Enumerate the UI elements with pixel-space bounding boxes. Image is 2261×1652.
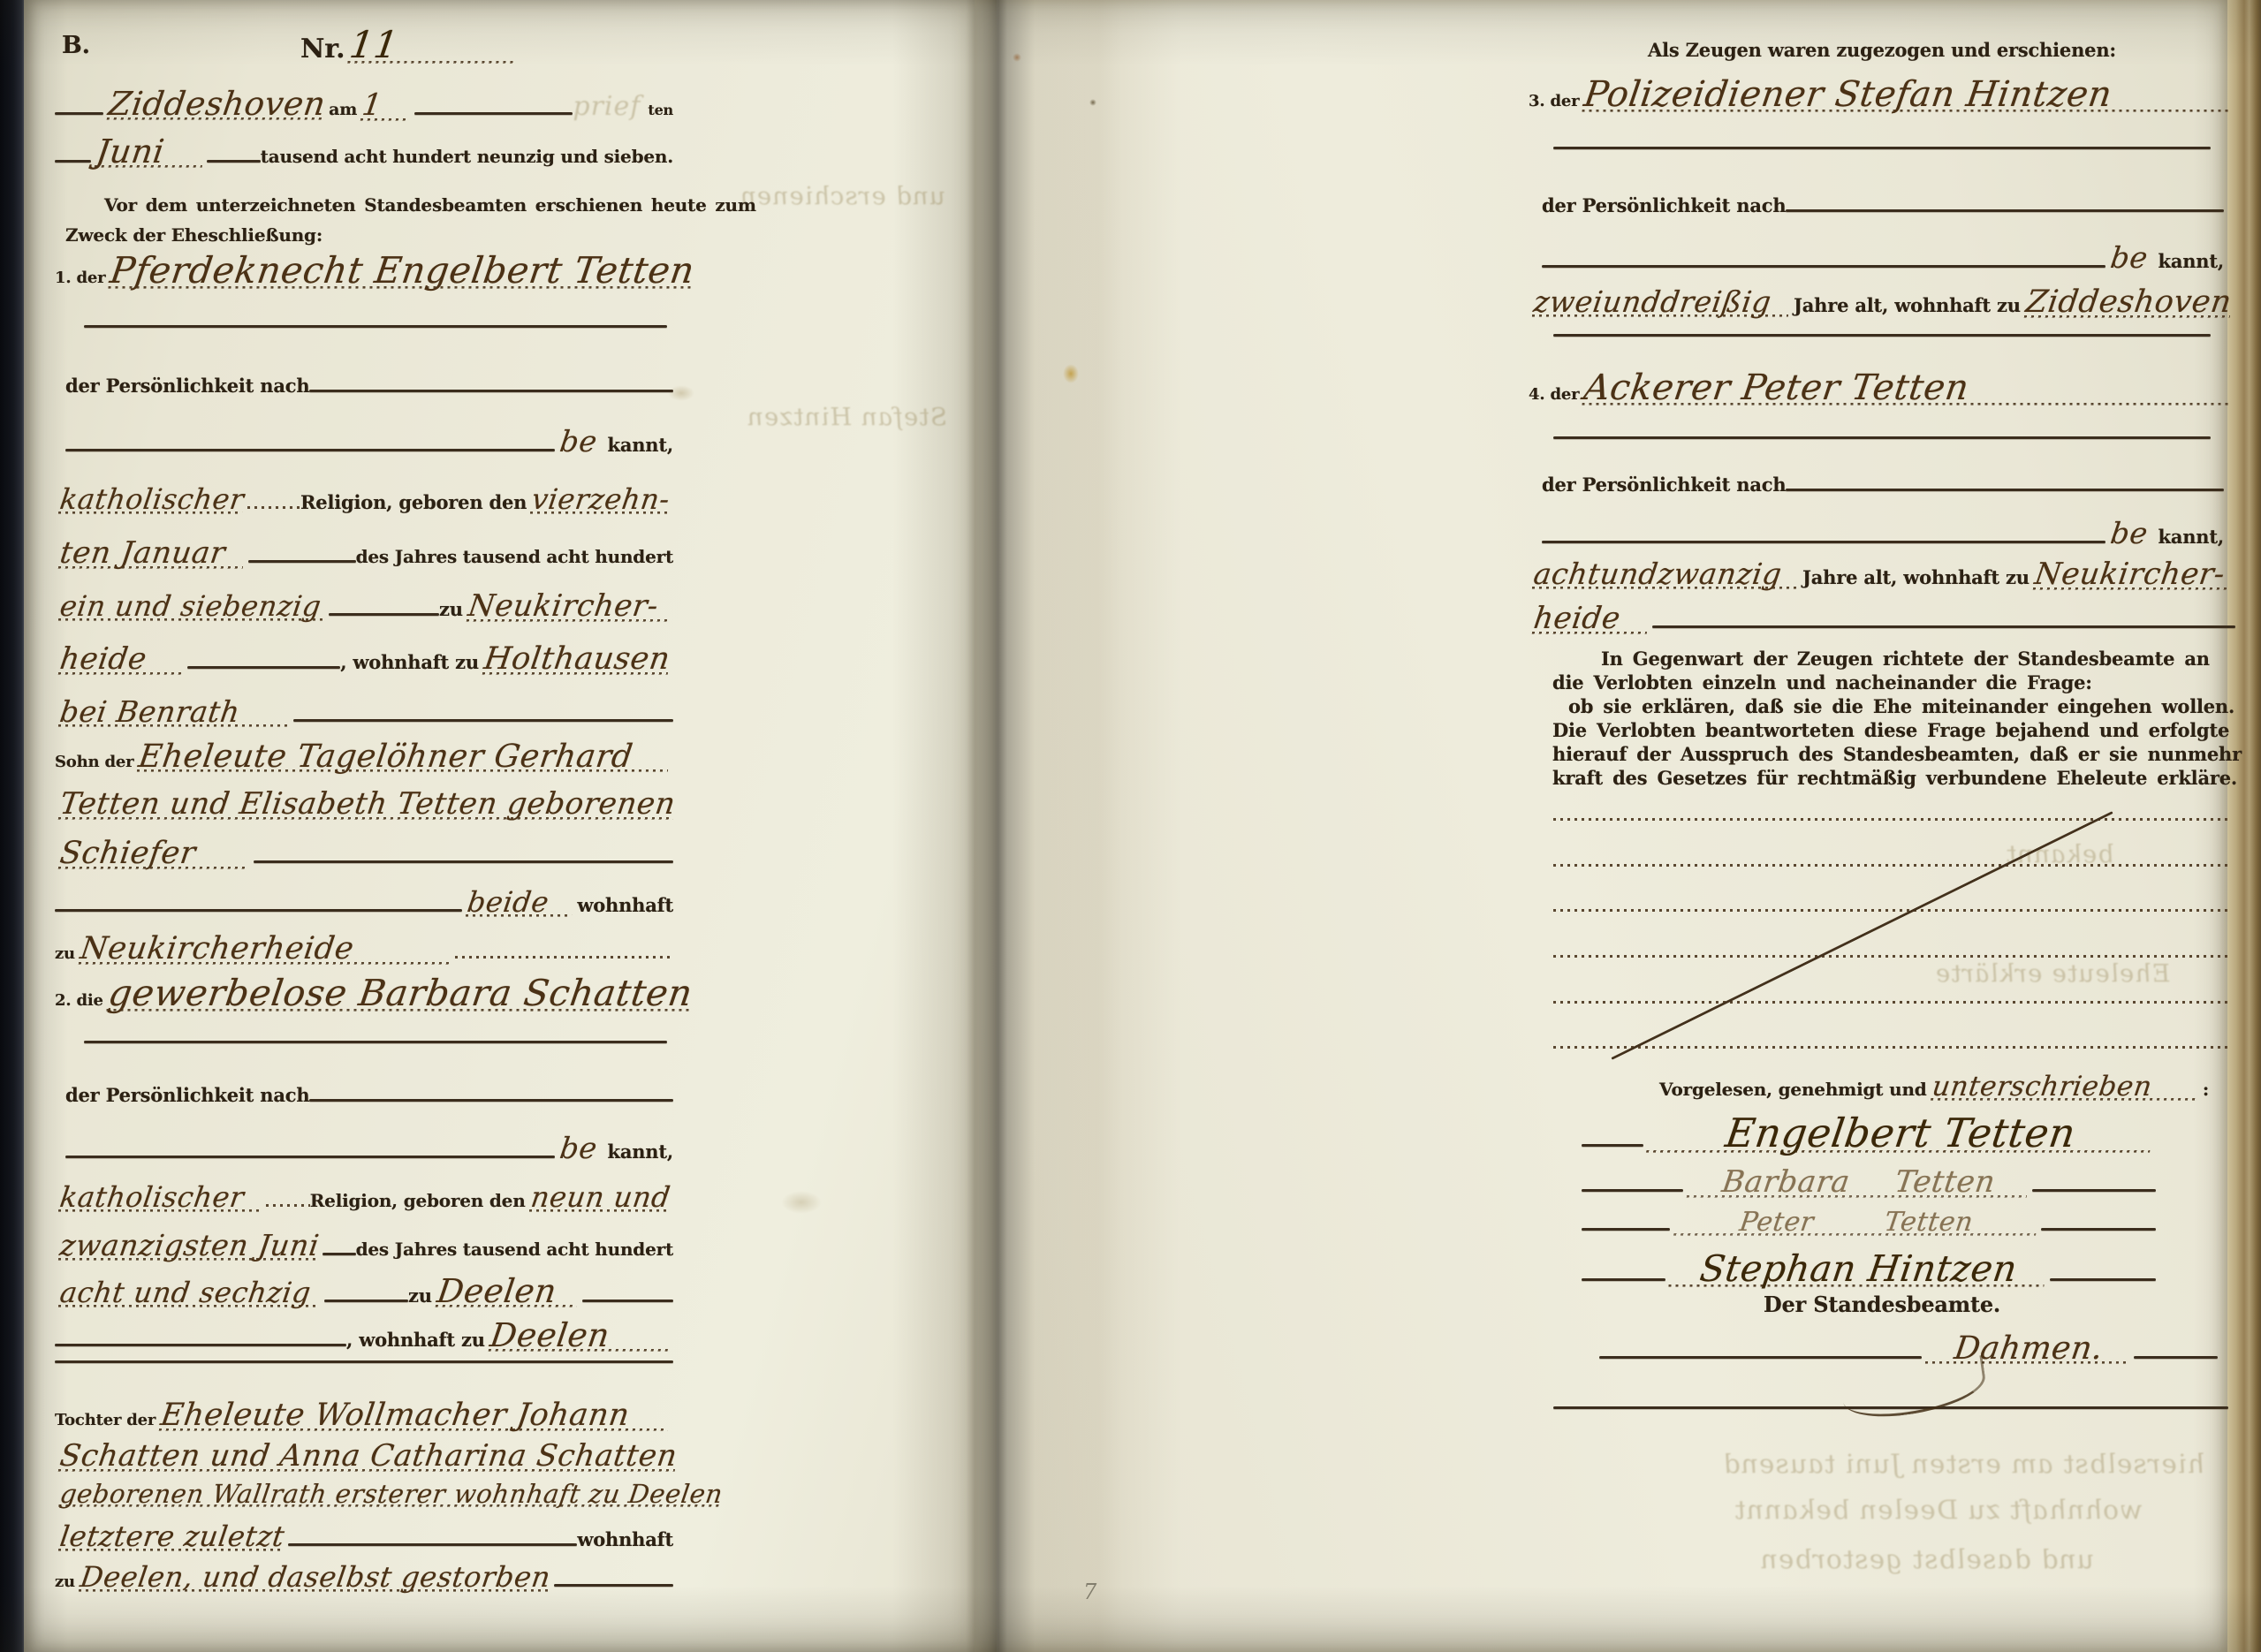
- handwritten-text: zweiunddreißig: [1531, 284, 1793, 321]
- handwritten-text: Schiefer: [57, 836, 253, 873]
- rule-line-solid: [254, 860, 673, 863]
- rule-line-solid: [414, 112, 573, 115]
- form-line: Sohn derEheleute Tagelöhner Gerhard: [55, 739, 673, 777]
- rule-line-solid: [1582, 1144, 1643, 1147]
- print-text: Nr.: [300, 34, 345, 64]
- form-line: beidewohnhaft: [55, 885, 673, 921]
- rule-line-solid: [1542, 541, 2105, 543]
- print-text: der Persönlichkeit nach: [1542, 474, 1786, 496]
- print-text: ob sie erklären, daß sie die Ehe miteina…: [1568, 695, 2234, 717]
- form-line: der Persönlichkeit nach: [65, 1084, 673, 1106]
- form-line: zweiunddreißigJahre alt, wohnhaft zuZidd…: [1529, 284, 2235, 322]
- handwritten-text: 1: [360, 87, 414, 125]
- form-line: Stephan Hintzen: [1582, 1247, 2156, 1292]
- print-text: Die Verlobten beantworteten diese Frage …: [1552, 719, 2229, 741]
- form-line: Der Standesbeamte.: [1573, 1292, 2191, 1317]
- rule-line-solid: [1553, 147, 2211, 149]
- form-line: der Persönlichkeit nach: [65, 375, 673, 397]
- print-text: ten: [648, 102, 673, 118]
- rule-line-solid: [324, 1300, 408, 1302]
- rule-line-solid: [65, 449, 555, 451]
- form-line: letztere zuletztwohnhaft: [55, 1519, 673, 1555]
- form-line: [1553, 436, 2211, 439]
- rule-line-solid: [288, 1543, 577, 1546]
- print-text: Sohn der: [55, 753, 133, 771]
- handwritten-text: neun und: [528, 1180, 672, 1216]
- handwritten-text: Deelen, und daselbst gestorben: [78, 1560, 553, 1595]
- rule-line-solid: [554, 1584, 673, 1587]
- form-line: Nr.11: [300, 23, 521, 68]
- form-line: ten Januardes Jahres tausend acht hunder…: [55, 535, 673, 572]
- handwritten-text: Ziddeshoven: [2023, 284, 2234, 322]
- handwritten-text: achtundzwanzig: [1531, 557, 1802, 593]
- form-line: heide, wohnhaft zuHolthausen: [55, 641, 673, 678]
- print-text: zu: [55, 1572, 75, 1591]
- print-text: des Jahres tausend acht hundert: [356, 546, 673, 567]
- rule-line-solid: [309, 390, 673, 392]
- handwritten-text: Polizeidiener Stefan Hintzen: [1582, 74, 2234, 117]
- rule-line-solid: [582, 1300, 673, 1302]
- form-line: bekannt,: [1542, 516, 2224, 550]
- handwritten-text: unterschrieben: [1930, 1071, 2202, 1104]
- handwritten-text: gewerbelose Barbara Schatten: [105, 972, 694, 1016]
- form-line: Junitausend acht hundert neunzig und sie…: [55, 133, 673, 172]
- bleed-through-text: prief: [573, 91, 641, 122]
- print-text: Jahre alt, wohnhaft zu: [1802, 566, 2030, 588]
- print-text: tausend acht hundert neunzig und sieben.: [261, 146, 673, 167]
- handwritten-text: be: [558, 1131, 599, 1165]
- rule-line-solid: [55, 1360, 673, 1363]
- handwritten-text: Deelen: [488, 1316, 673, 1356]
- rule-line-solid: [1553, 334, 2211, 337]
- print-text: die Verlobten einzeln und nacheinander d…: [1552, 671, 2092, 693]
- print-text: Vor dem unterzeichneten Standesbeamten e…: [104, 194, 756, 216]
- bleed-through-text: und daselbst gestorben: [1615, 1544, 2097, 1575]
- form-line: Tochter derEheleute Wollmacher Johann: [55, 1398, 673, 1435]
- rule-line-solid: [1652, 625, 2235, 628]
- form-line: 3. derPolizeidiener Stefan Hintzen: [1529, 74, 2235, 117]
- handwritten-text: Holthausen: [482, 641, 672, 678]
- rule-line-dotted: [1553, 864, 2228, 867]
- rule-line-dotted: [247, 506, 300, 509]
- print-text: Vorgelesen, genehmigt und: [1659, 1079, 1927, 1100]
- bleed-through-text: hierselbst am ersten Juni tausend: [1584, 1449, 2207, 1480]
- print-text: Tochter der: [55, 1411, 156, 1429]
- form-line: [55, 1360, 673, 1363]
- print-text: In Gegenwart der Zeugen richtete der Sta…: [1601, 648, 2210, 670]
- rule-line-solid: [55, 1344, 346, 1346]
- page-stack-edge: [2227, 0, 2261, 1652]
- print-text: B.: [62, 32, 90, 59]
- rule-line-solid: [55, 112, 103, 115]
- print-text: des Jahres tausend acht hundert: [356, 1239, 673, 1260]
- handwritten-text: heide: [1531, 601, 1651, 638]
- print-text: 4. der: [1529, 385, 1579, 404]
- form-line: Stefan Hintzen: [700, 402, 947, 431]
- form-line: Tetten und Elisabeth Tetten geborenen: [55, 786, 673, 823]
- print-text: wohnhaft: [577, 1528, 673, 1550]
- handwritten-text: heide: [57, 641, 186, 678]
- register-book-photo: und erschienenStefan HintzenbekanntEhele…: [0, 0, 2261, 1652]
- signature-text: Stephan Hintzen: [1667, 1247, 2049, 1292]
- rule-line-solid: [2134, 1356, 2218, 1359]
- form-line: der Persönlichkeit nach: [1542, 474, 2224, 496]
- rule-line-dotted: [1553, 955, 2228, 958]
- handwritten-text: Schatten und Anna Catharina Schatten: [57, 1438, 679, 1475]
- form-line: bekannt,: [1542, 240, 2224, 275]
- print-text: Religion, geboren den: [310, 1190, 526, 1211]
- print-text: kannt,: [2158, 526, 2224, 548]
- form-line: Barbara Tetten: [1582, 1164, 2156, 1201]
- book-cover-edge: [0, 0, 24, 1652]
- rule-line-solid: [1599, 1356, 1922, 1359]
- print-text: Der Standesbeamte.: [1764, 1292, 2000, 1317]
- form-line: [1553, 1046, 2228, 1049]
- handwritten-text: acht und sechzig: [57, 1276, 323, 1311]
- print-text: Jahre alt, wohnhaft zu: [1794, 294, 2021, 316]
- handwritten-text: ten Januar: [57, 535, 247, 572]
- rule-line-dotted: [1553, 909, 2228, 912]
- handwritten-text-faint: Barbara Tetten: [1686, 1164, 2031, 1201]
- rule-line-solid: [293, 719, 673, 722]
- print-text: 2. die: [55, 991, 103, 1010]
- form-line: Ziddeshovenam1prieften: [55, 85, 673, 125]
- form-line: katholischerReligion, geboren denneun un…: [55, 1180, 673, 1216]
- handwritten-text: beide: [466, 885, 577, 921]
- rule-line-solid: [55, 909, 462, 912]
- form-line: In Gegenwart der Zeugen richtete der Sta…: [1601, 648, 2246, 670]
- print-text: der Persönlichkeit nach: [1542, 194, 1786, 216]
- form-line: und daselbst gestorben: [1617, 1544, 2094, 1575]
- form-line: bei Benrath: [55, 694, 673, 731]
- rule-line-solid: [1786, 209, 2224, 212]
- bleed-through-text: Eheleute erklärte: [1933, 959, 2173, 988]
- form-line: Zweck der Eheschließung:: [65, 224, 640, 246]
- form-line: [1553, 955, 2228, 958]
- handwritten-text: Neukircher-: [466, 588, 672, 625]
- rule-line-solid: [322, 1253, 356, 1255]
- print-text: Zweck der Eheschließung:: [65, 224, 322, 246]
- handwritten-text: Juni: [93, 133, 206, 172]
- print-text: kannt,: [607, 1140, 673, 1163]
- bleed-through-text: wohnhaft zu Deelen bekannt: [1575, 1495, 2145, 1526]
- handwritten-text: katholischer: [57, 1180, 264, 1216]
- handwritten-text: be: [2108, 240, 2150, 275]
- form-line: [1553, 1001, 2228, 1004]
- print-text: der Persönlichkeit nach: [65, 1084, 309, 1106]
- rule-line-solid: [1553, 436, 2211, 439]
- rule-line-solid: [1582, 1278, 1665, 1281]
- rule-line-dotted: [1553, 818, 2228, 821]
- form-line: bekannt,: [65, 1131, 673, 1165]
- handwritten-text: Deelen: [435, 1272, 581, 1312]
- form-line: geborenen Wallrath ersterer wohnhaft zu …: [55, 1479, 673, 1511]
- form-line: Eheleute erklärte: [1935, 959, 2200, 988]
- handwritten-text: Eheleute Tagelöhner Gerhard: [136, 739, 672, 777]
- print-text: kannt,: [607, 434, 673, 456]
- rule-line-solid: [248, 560, 356, 563]
- rule-line-solid: [2032, 1189, 2156, 1192]
- form-line: Dahmen.: [1599, 1330, 2218, 1368]
- form-line: zwanzigsten Junides Jahres tausend acht …: [55, 1228, 673, 1264]
- rule-line-solid: [1582, 1228, 1670, 1231]
- handwritten-text: Pferdeknecht Engelbert Tetten: [108, 249, 698, 293]
- form-line: , wohnhaft zuDeelen: [55, 1316, 673, 1356]
- signature-text: 11: [347, 23, 521, 68]
- form-line: Vorgelesen, genehmigt undunterschrieben:: [1659, 1071, 2209, 1104]
- handwritten-text-faint: Peter Tetten: [1673, 1207, 2039, 1239]
- form-line: Engelbert Tetten: [1582, 1110, 2156, 1158]
- pencil-page-number: 7: [1083, 1580, 1096, 1604]
- form-line: [1553, 818, 2228, 821]
- form-line: ein und siebenzigzuNeukircher-: [55, 588, 673, 625]
- rule-line-solid: [2050, 1278, 2156, 1281]
- form-line: zuNeukircherheide: [55, 931, 673, 968]
- form-line: [1553, 334, 2211, 337]
- print-text: der Persönlichkeit nach: [65, 375, 309, 397]
- form-line: Schiefer: [55, 836, 673, 873]
- form-line: 1. derPferdeknecht Engelbert Tetten: [55, 249, 673, 293]
- rule-line-solid: [2041, 1228, 2156, 1231]
- form-line: 2. diegewerbelose Barbara Schatten: [55, 972, 673, 1016]
- handwritten-text: Tetten und Elisabeth Tetten geborenen: [57, 786, 678, 823]
- print-text: zu: [55, 944, 75, 963]
- form-line: kraft des Gesetzes für rechtmäßig verbun…: [1552, 767, 2242, 789]
- rule-line-dotted: [1553, 1001, 2228, 1004]
- print-text: hierauf der Ausspruch des Standesbeamten…: [1552, 743, 2242, 765]
- form-line: acht und sechzigzuDeelen: [55, 1272, 673, 1312]
- handwritten-text: geborenen Wallrath ersterer wohnhaft zu …: [57, 1479, 725, 1511]
- print-text: kraft des Gesetzes für rechtmäßig verbun…: [1552, 767, 2237, 789]
- handwritten-text: Neukircher-: [2032, 557, 2234, 594]
- handwritten-text: katholischer: [57, 482, 247, 518]
- form-line: [84, 325, 667, 328]
- signature-text: Engelbert Tetten: [1645, 1110, 2156, 1158]
- rule-line-solid: [65, 1156, 555, 1158]
- form-line: die Verlobten einzeln und nacheinander d…: [1552, 671, 2242, 693]
- form-line: Peter Tetten: [1582, 1207, 2156, 1239]
- form-line: [84, 1041, 667, 1043]
- handwritten-text: vierzehn-: [529, 482, 671, 518]
- print-text: Als Zeugen waren zugezogen und erschiene…: [1648, 39, 2116, 61]
- print-text: , wohnhaft zu: [340, 651, 479, 673]
- handwritten-text: ein und siebenzig: [57, 589, 328, 625]
- rule-line-solid: [187, 666, 340, 669]
- rule-line-solid: [55, 160, 91, 163]
- handwritten-text: letztere zuletzt: [57, 1519, 287, 1555]
- rule-line-solid: [309, 1099, 673, 1102]
- handwritten-text: be: [2108, 516, 2150, 550]
- rule-line-solid: [84, 1041, 667, 1043]
- form-line: wohnhaft zu Deelen bekannt: [1577, 1495, 2143, 1526]
- form-line: der Persönlichkeit nach: [1542, 194, 2224, 216]
- form-line: zuDeelen, und daselbst gestorben: [55, 1560, 673, 1595]
- rule-line-solid: [1542, 265, 2105, 268]
- form-line: hierauf der Ausspruch des Standesbeamten…: [1552, 743, 2242, 765]
- rule-line-solid: [1582, 1189, 1683, 1192]
- handwritten-text: bei Benrath: [57, 694, 292, 731]
- form-line: achtundzwanzigJahre alt, wohnhaft zuNeuk…: [1529, 557, 2235, 594]
- print-text: zu: [408, 1284, 432, 1307]
- print-text: :: [2203, 1079, 2209, 1100]
- print-text: zu: [439, 598, 463, 620]
- form-line: 4. derAckerer Peter Tetten: [1529, 368, 2235, 410]
- print-text: kannt,: [2158, 250, 2224, 272]
- bleed-through-text: Stefan Hintzen: [698, 402, 950, 431]
- handwritten-text: Neukircherheide: [78, 931, 454, 968]
- rule-line-solid: [329, 613, 439, 616]
- form-line: Die Verlobten beantworteten diese Frage …: [1552, 719, 2242, 741]
- form-line: heide: [1529, 601, 2235, 638]
- rule-line-dotted: [455, 956, 673, 959]
- form-line: katholischerReligion, geboren denvierzeh…: [55, 482, 673, 518]
- rule-line-solid: [207, 160, 261, 163]
- form-line: B.: [62, 32, 141, 59]
- handwritten-text: zwanzigsten Juni: [57, 1228, 322, 1264]
- rule-line-solid: [1786, 489, 2224, 491]
- form-line: [1553, 147, 2211, 149]
- handwritten-text: Ziddeshoven: [106, 85, 328, 125]
- print-text: 1. der: [55, 269, 105, 287]
- rule-line-solid: [84, 325, 667, 328]
- form-line: [1553, 864, 2228, 867]
- form-line: Als Zeugen waren zugezogen und erschiene…: [1529, 39, 2235, 61]
- print-text: Religion, geboren den: [300, 491, 527, 513]
- print-text: wohnhaft: [577, 894, 673, 916]
- rule-line-dotted: [266, 1204, 310, 1207]
- print-text: am: [329, 100, 357, 119]
- form-line: Vor dem unterzeichneten Standesbeamten e…: [104, 194, 679, 216]
- handwritten-text: be: [558, 424, 599, 458]
- rule-line-dotted: [1553, 1046, 2228, 1049]
- print-text: 3. der: [1529, 92, 1579, 110]
- form-line: Schatten und Anna Catharina Schatten: [55, 1438, 673, 1475]
- print-text: , wohnhaft zu: [346, 1329, 485, 1351]
- form-line: [1553, 909, 2228, 912]
- handwritten-text: Ackerer Peter Tetten: [1582, 368, 2234, 410]
- form-line: bekannt,: [65, 424, 673, 458]
- form-line: ob sie erklären, daß sie die Ehe miteina…: [1568, 695, 2240, 717]
- form-line: hierselbst am ersten Juni tausend: [1586, 1449, 2204, 1480]
- handwritten-text: Eheleute Wollmacher Johann: [158, 1398, 672, 1435]
